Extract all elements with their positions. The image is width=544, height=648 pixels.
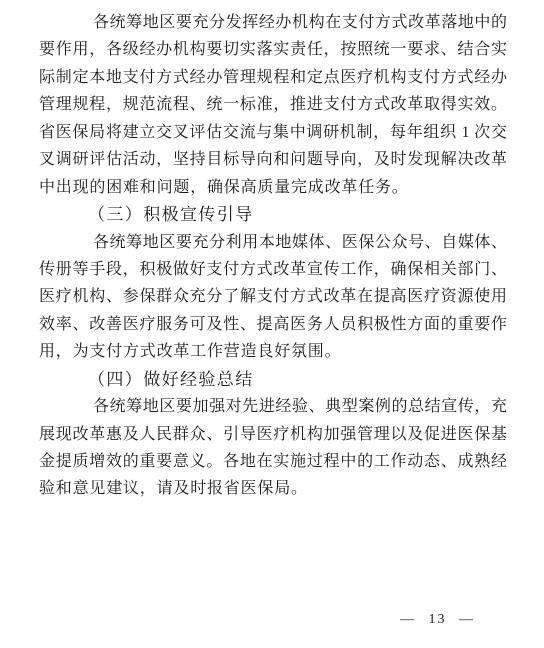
paragraph-line: 展现改革惠及人民群众、引导医疗机构加强管理以及促进医保基 bbox=[39, 421, 507, 448]
paragraph-line: 效率、改善医疗服务可及性、提高医务人员积极性方面的重要作 bbox=[39, 311, 507, 338]
paragraph-line: 各统筹地区要充分利用本地媒体、医保公众号、自媒体、宣 bbox=[39, 229, 507, 256]
page-number: — 13 — bbox=[400, 610, 475, 630]
document-body: 各统筹地区要充分发挥经办机构在支付方式改革落地中的重 要作用，各级经办机构要切实… bbox=[39, 9, 507, 503]
paragraph-line: 各统筹地区要加强对先进经验、典型案例的总结宣传，充分 bbox=[39, 393, 507, 420]
paragraph-line: 要作用，各级经办机构要切实落实责任，按照统一要求、结合实 bbox=[39, 36, 507, 63]
paragraph-line: 传册等手段，积极做好支付方式改革宣传工作，确保相关部门、 bbox=[39, 256, 507, 283]
paragraph-line: 用，为支付方式改革工作营造良好氛围。 bbox=[39, 338, 507, 365]
section-heading-3: （三）积极宣传引导 bbox=[39, 201, 507, 228]
paragraph-line: 省医保局将建立交叉评估交流与集中调研机制，每年组织 1 次交 bbox=[39, 119, 507, 146]
paragraph-line: 金提质增效的重要意义。各地在实施过程中的工作动态、成熟经 bbox=[39, 448, 507, 475]
paragraph-line: 叉调研评估活动，坚持目标导向和问题导向，及时发现解决改革 bbox=[39, 146, 507, 173]
section-heading-4: （四）做好经验总结 bbox=[39, 366, 507, 393]
paragraph-line: 中出现的困难和问题，确保高质量完成改革任务。 bbox=[39, 174, 507, 201]
paragraph-line: 验和意见建议，请及时报省医保局。 bbox=[39, 475, 507, 502]
paragraph-line: 各统筹地区要充分发挥经办机构在支付方式改革落地中的重 bbox=[39, 9, 507, 36]
paragraph-line: 医疗机构、参保群众充分了解支付方式改革在提高医疗资源使用 bbox=[39, 283, 507, 310]
paragraph-line: 管理规程，规范流程、统一标准，推进支付方式改革取得实效。 bbox=[39, 91, 507, 118]
document-page: 各统筹地区要充分发挥经办机构在支付方式改革落地中的重 要作用，各级经办机构要切实… bbox=[0, 0, 544, 648]
paragraph-line: 际制定本地支付方式经办管理规程和定点医疗机构支付方式经办 bbox=[39, 64, 507, 91]
